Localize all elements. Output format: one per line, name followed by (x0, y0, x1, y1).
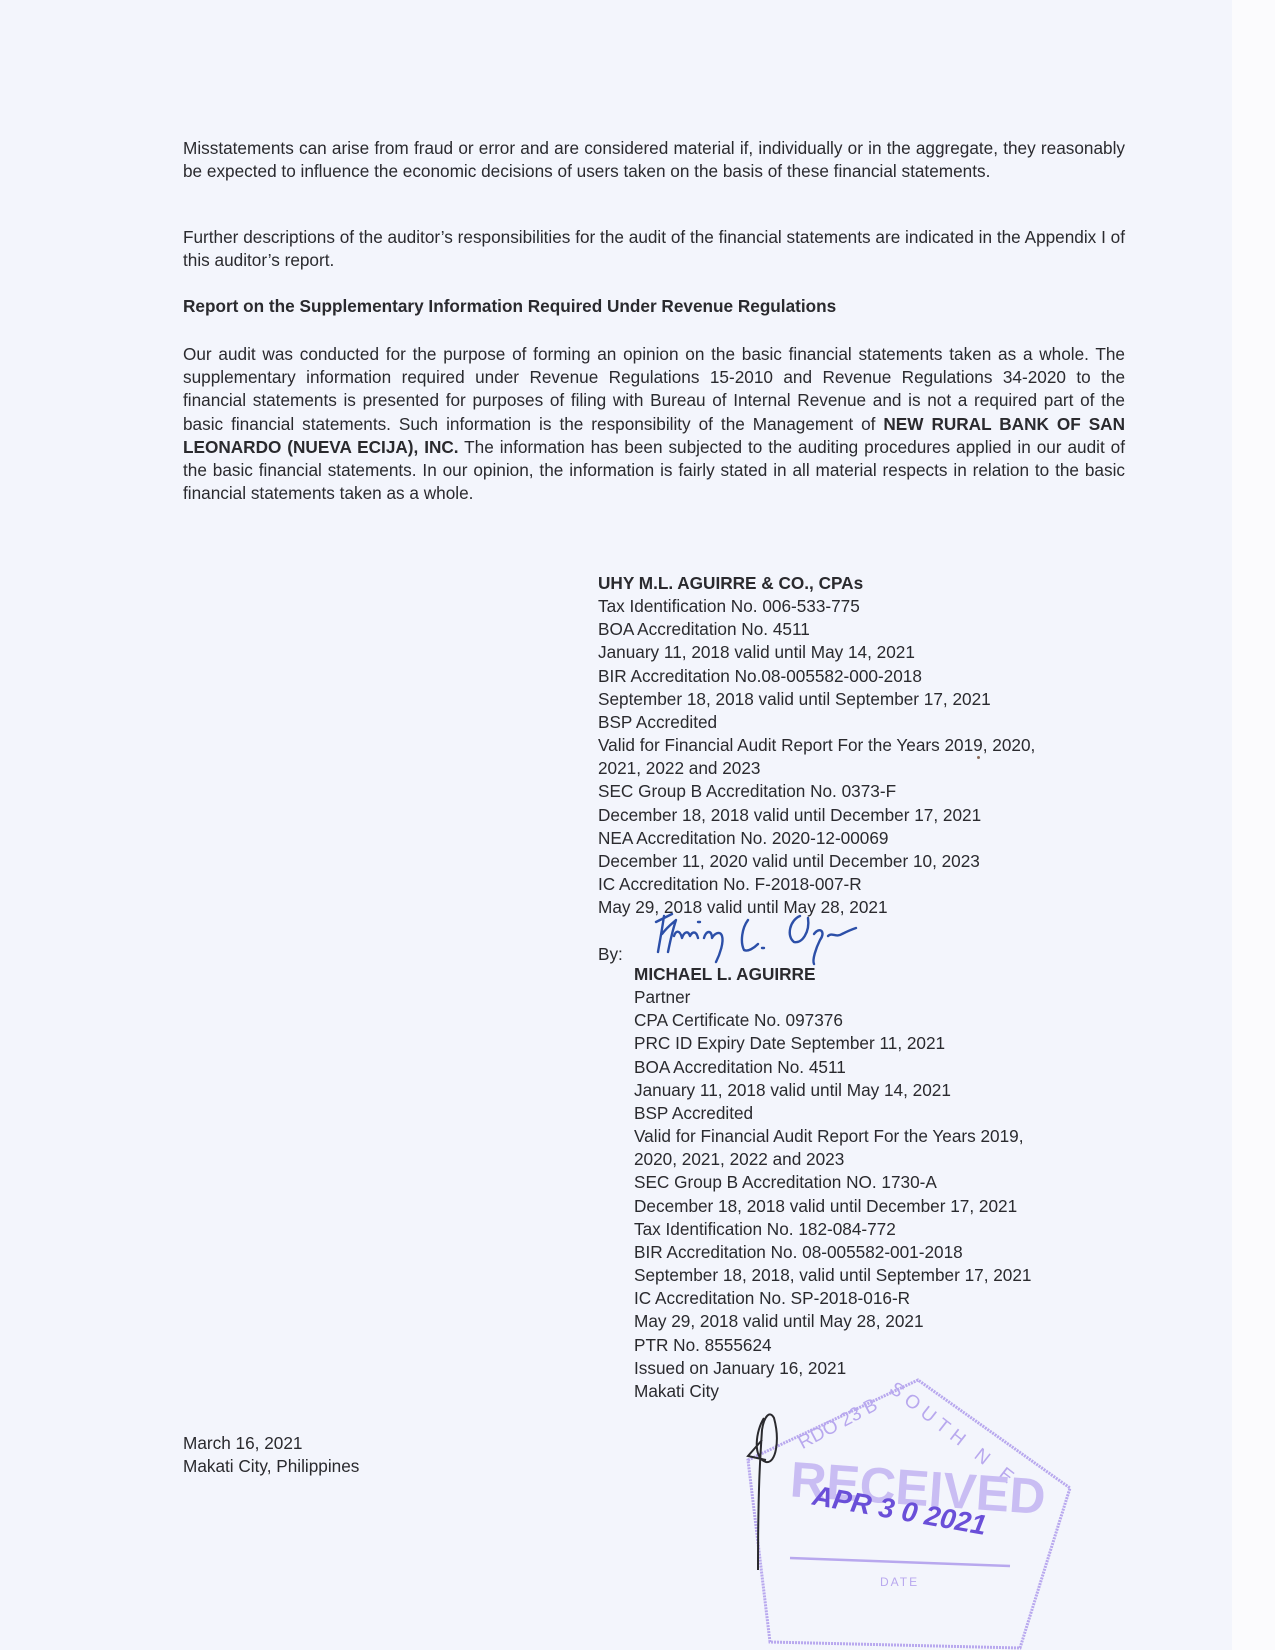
by-label: By: (598, 944, 623, 965)
firm-credential-line: IC Accreditation No. F-2018-007-R (598, 873, 1035, 896)
firm-credential-line: December 11, 2020 valid until December 1… (598, 850, 1035, 873)
partner-credential-line: IC Accreditation No. SP-2018-016-R (634, 1287, 1032, 1310)
firm-credential-line: Valid for Financial Audit Report For the… (598, 734, 1035, 757)
firm-credential-line: NEA Accreditation No. 2020-12-00069 (598, 827, 1035, 850)
partner-credential-line: PTR No. 8555624 (634, 1334, 1032, 1357)
firm-credential-line: SEC Group B Accreditation No. 0373-F (598, 780, 1035, 803)
misstatements-paragraph: Misstatements can arise from fraud or er… (183, 137, 1125, 183)
report-place: Makati City, Philippines (183, 1455, 359, 1478)
partner-credential-line: PRC ID Expiry Date September 11, 2021 (634, 1032, 1032, 1055)
partner-credential-line: December 18, 2018 valid until December 1… (634, 1195, 1032, 1218)
partner-credential-line: September 18, 2018, valid until Septembe… (634, 1264, 1032, 1287)
svg-text:RDO 23 B: RDO 23 B (795, 1395, 881, 1454)
report-date: March 16, 2021 (183, 1432, 359, 1455)
partner-credential-line: SEC Group B Accreditation NO. 1730-A (634, 1171, 1032, 1194)
partner-credential-line: Valid for Financial Audit Report For the… (634, 1125, 1032, 1148)
firm-accreditation-block: UHY M.L. AGUIRRE & CO., CPAs Tax Identif… (598, 572, 1035, 919)
handwritten-signature (650, 908, 880, 968)
partner-credential-line: BSP Accredited (634, 1102, 1032, 1125)
firm-credential-line: BIR Accreditation No.08-005582-000-2018 (598, 665, 1035, 688)
supplementary-paragraph: Our audit was conducted for the purpose … (183, 343, 1125, 505)
firm-credential-line: 2021, 2022 and 2023 (598, 757, 1035, 780)
partner-credential-line: Partner (634, 986, 1032, 1009)
partner-credential-line: 2020, 2021, 2022 and 2023 (634, 1148, 1032, 1171)
firm-credential-line: BOA Accreditation No. 4511 (598, 618, 1035, 641)
partner-credential-line: BOA Accreditation No. 4511 (634, 1056, 1032, 1079)
partner-credential-line: May 29, 2018 valid until May 28, 2021 (634, 1310, 1032, 1333)
auditor-responsibilities-paragraph: Further descriptions of the auditor’s re… (183, 226, 1125, 272)
firm-name: UHY M.L. AGUIRRE & CO., CPAs (598, 572, 1035, 595)
firm-credential-line: January 11, 2018 valid until May 14, 202… (598, 641, 1035, 664)
scan-edge-strip (1232, 0, 1275, 1650)
partner-credential-line: Tax Identification No. 182-084-772 (634, 1218, 1032, 1241)
bir-received-stamp: RDO 23 B SOUTH N E RECEIVED APR 3 0 2021… (740, 1370, 1080, 1650)
firm-credential-line: September 18, 2018 valid until September… (598, 688, 1035, 711)
partner-name: MICHAEL L. AGUIRRE (634, 963, 1032, 986)
scan-speck (977, 756, 980, 759)
partner-credential-line: BIR Accreditation No. 08-005582-001-2018 (634, 1241, 1032, 1264)
svg-text:DATE: DATE (880, 1575, 919, 1589)
partner-credential-line: January 11, 2018 valid until May 14, 202… (634, 1079, 1032, 1102)
supplementary-heading: Report on the Supplementary Information … (183, 296, 836, 317)
firm-credential-line: December 18, 2018 valid until December 1… (598, 804, 1035, 827)
firm-credential-line: Tax Identification No. 006-533-775 (598, 595, 1035, 618)
partner-credentials-block: MICHAEL L. AGUIRRE PartnerCPA Certificat… (634, 963, 1032, 1403)
report-date-block: March 16, 2021 Makati City, Philippines (183, 1432, 359, 1478)
firm-credential-line: BSP Accredited (598, 711, 1035, 734)
partner-credential-line: CPA Certificate No. 097376 (634, 1009, 1032, 1032)
